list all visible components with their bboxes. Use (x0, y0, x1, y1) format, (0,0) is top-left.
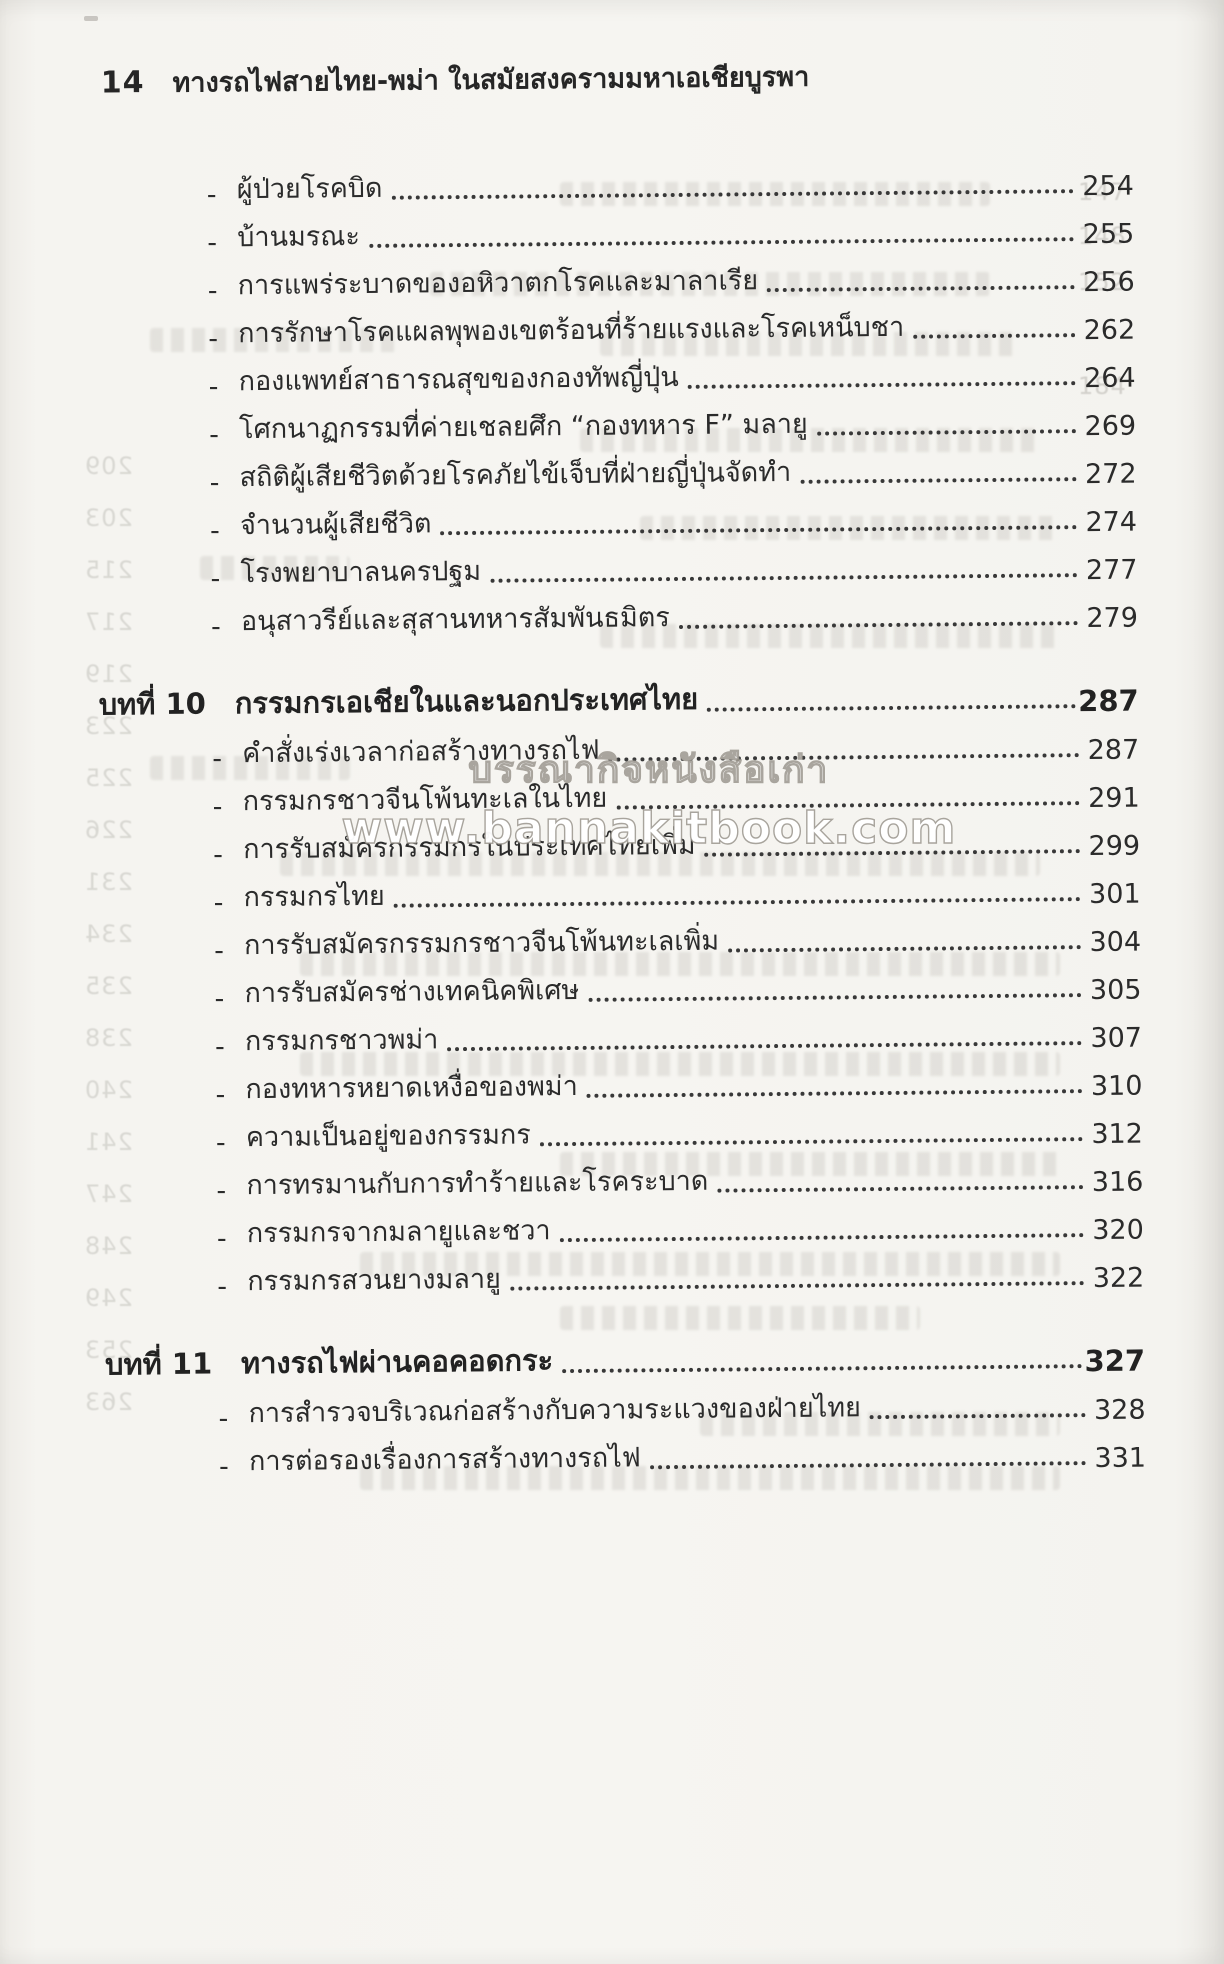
dash-bullet: - (208, 275, 238, 306)
dash-bullet: - (215, 1079, 245, 1110)
chapter-number-label: บทที่ 10 (99, 680, 235, 727)
toc-entry-page-number: 322 (1086, 1263, 1144, 1295)
dot-leader (560, 1233, 1084, 1242)
toc-entry-title: การรักษาโรคแผลพุพองเขตร้อนที่ร้ายแรงและโ… (238, 305, 904, 354)
toc-entry-title: โศกนาฏกรรมที่ค่ายเชลยศึก “กองทหาร F” มลา… (239, 402, 808, 450)
dot-leader (588, 993, 1081, 1002)
dot-leader (447, 1041, 1082, 1051)
toc-entry-title: การรับสมัครกรรมกรในประเทศไทยเพิ่ม (243, 823, 696, 870)
chapter-number-label: บทที่ 11 (105, 1340, 241, 1387)
toc-entry-title: กรรมกรจากมลายูและชวา (247, 1208, 551, 1254)
toc-entry-title: การสำรวจบริเวณก่อสร้างกับความระแวงของฝ่า… (248, 1385, 861, 1434)
toc-entry-page-number: 272 (1078, 459, 1136, 491)
dot-leader (650, 1461, 1086, 1469)
dot-leader (717, 1185, 1083, 1193)
dot-leader (441, 525, 1078, 535)
toc-entry-title: ทางรถไฟผ่านคอคอดกระ (241, 1337, 554, 1386)
toc-entry-page-number: 331 (1088, 1443, 1146, 1475)
toc-entry-title: อนุสาวรีย์และสุสานทหารสัมพันธมิตร (241, 595, 670, 642)
dot-leader (562, 1364, 1082, 1373)
dash-bullet: - (212, 743, 242, 774)
toc-entry-title: กรรมกรชาวพม่า (245, 1017, 439, 1062)
toc-entry-title: โรงพยาบาลนครปฐม (240, 549, 481, 594)
dot-leader (394, 897, 1081, 908)
toc-entry-page-number: 304 (1083, 927, 1141, 959)
dot-leader (870, 1413, 1086, 1419)
dash-bullet: - (209, 371, 239, 402)
toc-entry-page-number: 287 (1081, 735, 1139, 767)
dot-leader (490, 573, 1077, 583)
dash-bullet: - (217, 1271, 247, 1302)
toc-entry-title: การรับสมัครช่างเทคนิคพิเศษ (244, 968, 579, 1014)
toc-entry-page-number: 264 (1078, 363, 1136, 395)
running-title: ทางรถไฟสายไทย-พม่า ในสมัยสงครามมหาเอเชีย… (172, 55, 809, 104)
page-content: 14 ทางรถไฟสายไทย-พม่า ในสมัยสงครามมหาเอเ… (0, 0, 1224, 1964)
toc-entry-page-number: 328 (1087, 1395, 1145, 1427)
toc-entry-title: ความเป็นอยู่ของกรรมกร (246, 1112, 531, 1158)
dash-bullet: - (213, 887, 243, 918)
dash-bullet: - (214, 935, 244, 966)
dash-bullet: - (209, 419, 239, 450)
table-of-contents: - ผู้ป่วยโรคบิด 254 - บ้านมรณะ 255 - การ… (94, 154, 1147, 1484)
toc-entry-page-number: 279 (1080, 603, 1138, 635)
toc-entry-title: กรรมกรไทย (243, 874, 385, 918)
dash-bullet: - (216, 1175, 246, 1206)
toc-entry-page-number: 262 (1077, 315, 1135, 347)
toc-entry-page-number: 305 (1083, 975, 1141, 1007)
toc-entry-page-number: 287 (1078, 684, 1139, 719)
dot-leader (728, 945, 1081, 952)
scanned-book-page: 2092032152172192232252262312342352382402… (0, 0, 1224, 1964)
toc-row: บทที่ 11 ทางรถไฟผ่านคอคอดกระ 327 (105, 1324, 1145, 1388)
toc-entry-page-number: 299 (1082, 831, 1140, 863)
dot-leader (369, 237, 1074, 248)
dot-leader (392, 189, 1074, 200)
folio-page-number: 14 (101, 65, 145, 100)
toc-row: บทที่ 10 กรรมกรเอเชียในและนอกประเทศไทย 2… (98, 664, 1138, 728)
toc-entry-page-number: 254 (1076, 171, 1134, 203)
dash-bullet: - (213, 791, 243, 822)
toc-row: - อนุสาวรีย์และสุสานทหารสัมพันธมิตร 279 (98, 586, 1138, 644)
toc-entry-page-number: 277 (1079, 555, 1137, 587)
dot-leader (707, 704, 1076, 712)
dash-bullet: - (218, 1403, 248, 1434)
dash-bullet: - (210, 563, 240, 594)
dash-bullet: - (215, 1031, 245, 1062)
toc-entry-page-number: 316 (1085, 1167, 1143, 1199)
dot-leader (817, 429, 1076, 435)
toc-entry-title: การรับสมัครกรรมกรชาวจีนโพ้นทะเลเพิ่ม (244, 919, 719, 967)
toc-entry-page-number: 307 (1084, 1023, 1142, 1055)
dot-leader (609, 753, 1080, 762)
toc-row: - การต่อรองเรื่องการสร้างทางรถไฟ 331 (106, 1426, 1146, 1484)
dot-leader (510, 1281, 1084, 1291)
toc-entry-page-number: 327 (1084, 1344, 1145, 1379)
dash-bullet: - (214, 983, 244, 1014)
dot-leader (688, 381, 1076, 389)
toc-entry-title: การทรมานกับการทำร้ายและโรคระบาด (246, 1159, 708, 1206)
dot-leader (616, 801, 1079, 809)
dot-leader (679, 621, 1078, 629)
toc-entry-title: การแพร่ระบาดของอหิวาตกโรคและมาลาเรีย (238, 258, 759, 306)
dash-bullet: - (219, 1451, 249, 1482)
dot-leader (913, 333, 1075, 339)
dot-leader (540, 1137, 1083, 1146)
toc-entry-page-number: 301 (1082, 879, 1140, 911)
dot-leader (767, 285, 1075, 292)
toc-entry-page-number: 255 (1076, 219, 1134, 251)
toc-entry-title: กรรมกรเอเชียในและนอกประเทศไทย (235, 676, 699, 726)
toc-entry-title: กรรมกรชาวจีนโพ้นทะเลในไทย (242, 776, 607, 822)
dot-leader (587, 1089, 1083, 1098)
toc-entry-title: การต่อรองเรื่องการสร้างทางรถไฟ (249, 1435, 641, 1482)
dot-leader (705, 849, 1081, 857)
dash-bullet: - (207, 227, 237, 258)
toc-entry-title: จำนวนผู้เสียชีวิต (240, 501, 432, 546)
dash-bullet: - (208, 323, 238, 354)
toc-entry-page-number: 320 (1086, 1215, 1144, 1247)
toc-entry-title: บ้านมรณะ (237, 214, 360, 258)
toc-entry-page-number: 310 (1084, 1071, 1142, 1103)
toc-entry-title: กองแพทย์สาธารณสุขของกองทัพญี่ปุ่น (238, 355, 679, 402)
dash-bullet: - (210, 515, 240, 546)
toc-entry-page-number: 312 (1085, 1119, 1143, 1151)
dash-bullet: - (216, 1127, 246, 1158)
dot-leader (800, 477, 1076, 484)
toc-entry-title: คำสั่งเร่งเวลาก่อสร้างทางรถไฟ (242, 728, 600, 774)
dash-bullet: - (213, 839, 243, 870)
toc-entry-title: ผู้ป่วยโรคบิด (237, 166, 383, 210)
toc-entry-title: สถิติผู้เสียชีวิตด้วยโรคภัยไข้เจ็บที่ฝ่า… (239, 450, 791, 498)
toc-entry-page-number: 269 (1078, 411, 1136, 443)
toc-row: - กรรมกรสวนยางมลายู 322 (104, 1246, 1144, 1304)
toc-entry-title: กรรมกรสวนยางมลายู (247, 1257, 501, 1302)
toc-entry-page-number: 291 (1082, 783, 1140, 815)
toc-entry-page-number: 274 (1079, 507, 1137, 539)
running-header: 14 ทางรถไฟสายไทย-พม่า ในสมัยสงครามมหาเอเ… (101, 55, 810, 105)
toc-entry-title: กองทหารหยาดเหงื่อของพม่า (245, 1064, 578, 1110)
toc-entry-page-number: 256 (1077, 267, 1135, 299)
dash-bullet: - (207, 179, 237, 210)
dash-bullet: - (209, 467, 239, 498)
dash-bullet: - (217, 1223, 247, 1254)
dash-bullet: - (211, 611, 241, 642)
